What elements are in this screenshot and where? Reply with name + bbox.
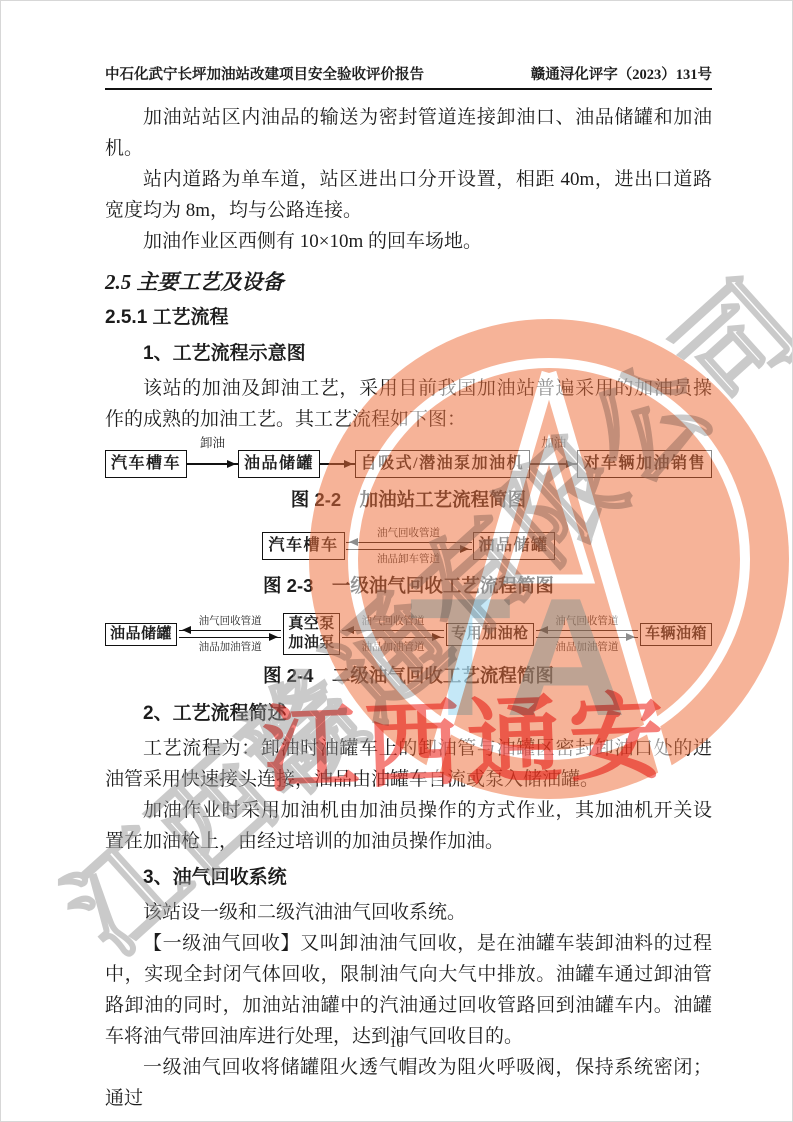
arrow-left-icon — [536, 630, 638, 631]
header-report-title: 中石化武宁长坪加油站改建项目安全验收评价报告 — [105, 65, 424, 85]
flow-arrow-refuel-label: 加油 — [530, 437, 577, 449]
page-header: 中石化武宁长坪加油站改建项目安全验收评价报告 赣通浔化评字（2023）131号 — [105, 65, 712, 85]
arrow-line-icon — [187, 463, 238, 465]
figure-2-2-flowchart: 汽车槽车 卸油 油品储罐 自吸式/潜油泵加油机 加油 对车辆加油销售 — [105, 449, 712, 479]
figure-2-3-flowchart: 汽车槽车 油气回收管道 油品卸车管道 油品储罐 — [105, 527, 712, 565]
flow-box-dispenser: 自吸式/潜油泵加油机 — [355, 450, 530, 478]
flow-arrow-unload-label: 卸油 — [187, 437, 238, 449]
header-rule — [105, 88, 712, 90]
figure-2-3-caption: 图 2-3 一级油气回收工艺流程简图 — [105, 573, 712, 599]
figure-2-4-flowchart: 油品储罐 油气回收管道 油品加油管道 真空泵 加油泵 油气回收管道 油品加油管道… — [105, 613, 712, 655]
flow-box-storage-tank: 油品储罐 — [473, 532, 555, 560]
vapor-recovery-duct: 油气回收管道 油品卸车管道 — [345, 527, 473, 565]
duct-top-label: 油气回收管道 — [345, 527, 473, 539]
heading-2-5-1: 2.5.1 工艺流程 — [105, 303, 712, 333]
paragraph-process-intro: 该站的加油及卸油工艺，采用目前我国加油站普遍采用的加油员操作的成熟的加油工艺。其… — [105, 373, 712, 435]
paragraph-refueling: 加油作业时采用加油机由加油员操作的方式作业，其加油机开关设置在加油枪上，由经过培… — [105, 795, 712, 857]
flow-box-nozzle: 专用加油枪 — [446, 623, 534, 646]
duct-bottom-label: 油品加油管道 — [341, 641, 445, 653]
arrow-right-icon — [179, 637, 281, 638]
flow-box-storage-tank: 油品储罐 — [105, 623, 177, 646]
duct-top-label: 油气回收管道 — [535, 615, 639, 627]
paragraph-pipeline: 加油站站区内油品的输送为密封管道连接卸油口、油品储罐和加油机。 — [105, 102, 712, 164]
figure-2-4-caption: 图 2-4 二级油气回收工艺流程简图 — [105, 663, 712, 689]
document-page: 中石化武宁长坪加油站改建项目安全验收评价报告 赣通浔化评字（2023）131号 … — [0, 0, 793, 1122]
paragraph-roads: 站内道路为单车道，站区进出口分开设置，相距 40m，进出口道路宽度均为 8m，均… — [105, 164, 712, 226]
heading-2-5: 2.5 主要工艺及设备 — [105, 267, 712, 297]
flow-arrow-unload: 卸油 — [187, 449, 238, 479]
arrow-right-icon — [536, 637, 638, 638]
vacuum-pump-line2: 加油泵 — [288, 634, 335, 653]
arrow-right-icon — [346, 549, 472, 550]
heading-vapor-recovery: 3、油气回收系统 — [105, 863, 712, 893]
paragraph-breather-valve: 一级油气回收将储罐阻火透气帽改为阻火呼吸阀，保持系统密闭；通过 — [105, 1052, 712, 1114]
flow-box-vacuum-pump: 真空泵 加油泵 — [283, 613, 340, 655]
arrow-left-icon — [346, 542, 472, 543]
vacuum-pump-line1: 真空泵 — [288, 615, 335, 634]
heading-flow-description: 2、工艺流程简述 — [105, 699, 712, 729]
arrow-left-icon — [179, 630, 281, 631]
arrow-line-icon — [320, 463, 355, 465]
flow-box-tank-truck: 汽车槽车 — [105, 450, 187, 478]
figure-2-2-caption: 图 2-2 加油站工艺流程简图 — [105, 487, 712, 513]
flow-arrow-refuel: 加油 — [530, 449, 577, 479]
arrow-right-icon — [342, 637, 444, 638]
arrow-line-icon — [530, 463, 577, 465]
vapor-recovery-duct: 油气回收管道 油品加油管道 — [535, 615, 639, 653]
flow-box-vehicle-sales: 对车辆加油销售 — [577, 450, 712, 478]
duct-bottom-label: 油品加油管道 — [535, 641, 639, 653]
duct-bottom-label: 油品卸车管道 — [345, 553, 473, 565]
paragraph-stage1-recovery: 【一级油气回收】又叫卸油油气回收，是在油罐车装卸油料的过程中，实现全封闭气体回收… — [105, 928, 712, 1052]
flow-arrow-plain — [320, 449, 355, 479]
paragraph-vapor-system: 该站设一级和二级汽油油气回收系统。 — [105, 897, 712, 928]
flow-box-vehicle-fuel-tank: 车辆油箱 — [640, 623, 712, 646]
duct-top-label: 油气回收管道 — [341, 615, 445, 627]
header-document-code: 赣通浔化评字（2023）131号 — [531, 65, 712, 85]
vapor-recovery-duct: 油气回收管道 油品加油管道 — [178, 615, 282, 653]
paragraph-unloading: 工艺流程为：卸油时油罐车上的卸油管与油罐区密封卸油口处的进油管采用快速接头连接，… — [105, 733, 712, 795]
flow-box-tank-truck: 汽车槽车 — [262, 532, 344, 560]
heading-flow-diagram: 1、工艺流程示意图 — [105, 339, 712, 369]
page-number: 16 — [1, 1036, 792, 1052]
flow-box-storage-tank: 油品储罐 — [238, 450, 320, 478]
duct-top-label: 油气回收管道 — [178, 615, 282, 627]
arrow-left-icon — [342, 630, 444, 631]
duct-bottom-label: 油品加油管道 — [178, 641, 282, 653]
vapor-recovery-duct: 油气回收管道 油品加油管道 — [341, 615, 445, 653]
paragraph-turnaround: 加油作业区西侧有 10×10m 的回车场地。 — [105, 226, 712, 257]
